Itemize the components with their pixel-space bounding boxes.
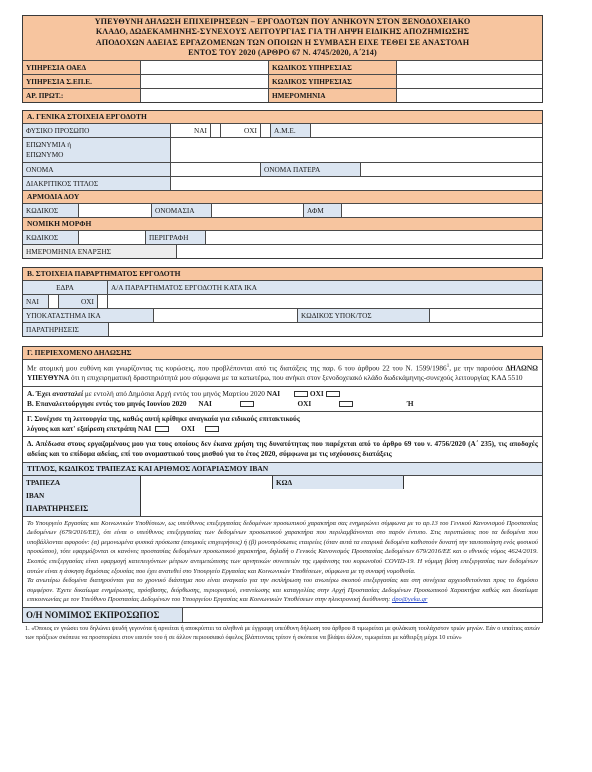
declaration-intro: Με ατομική μου ευθύνη και γνωρίζοντας τι… — [23, 360, 542, 387]
seat-row: ΕΔΡΑ Α/Α ΠΑΡΑΡΤΗΜΑΤΟΣ ΕΡΓΟΔΟΤΗ ΚΑΤΑ ΙΚΑ — [23, 281, 542, 295]
bank-title: ΤΙΤΛΟΣ, ΚΩΔΙΚΟΣ ΤΡΑΠΕΖΑΣ ΚΑΙ ΑΡΙΘΜΟΣ ΛΟΓ… — [23, 463, 542, 476]
question-a-text: με εντολή από Δημόσια Αρχή εντός του μην… — [83, 389, 267, 398]
start-date-label: ΗΜΕΡΟΜΗΝΙΑ ΕΝΑΡΞΗΣ — [23, 245, 177, 258]
question-b-no-label: ΟΧΙ — [297, 399, 311, 408]
office-code-label: ΚΩΔΙΚΟΣ ΥΠΗΡΕΣΙΑΣ — [269, 75, 397, 88]
question-c-line2: λόγους και κατ' εξαίρεση επετράπη ΝΑΙ ΟΧ… — [27, 424, 538, 434]
trade-name-field[interactable] — [171, 177, 542, 190]
office-code-field[interactable] — [397, 75, 542, 88]
legal-code-field[interactable] — [79, 231, 146, 244]
office-row: ΥΠΗΡΕΣΙΑ ΟΑΕΔ ΚΩΔΙΚΟΣ ΥΠΗΡΕΣΙΑΣ — [23, 61, 542, 75]
seat-yes-no-row: ΝΑΙ ΟΧΙ — [23, 295, 542, 309]
gdpr-paragraph-2: Τα ανωτέρω δεδομένα διατηρούνται για το … — [27, 576, 538, 605]
yes-checkbox[interactable] — [211, 124, 221, 137]
question-a-text: Α. Έχει — [27, 389, 52, 398]
question-c-yes-label: ΝΑΙ — [138, 424, 151, 433]
iban-row: IBAN — [23, 489, 542, 502]
question-c-yes-checkbox[interactable] — [155, 426, 169, 432]
natural-person-row: ΦΥΣΙΚΟ ΠΡΟΣΩΠΟ ΝΑΙ ΟΧΙ Α.Μ.Ε. — [23, 124, 542, 138]
representative-row: Ο/Η ΝΟΜΙΜΟΣ ΕΚΠΡΟΣΩΠΟΣ — [23, 608, 542, 622]
intro-text: , με την παρούσα — [449, 363, 505, 372]
tax-office-row: ΚΩΔΙΚΟΣ ΟΝΟΜΑΣΙΑ ΑΦΜ — [23, 204, 542, 218]
ika-branch-field[interactable] — [154, 309, 298, 322]
section-b-title: Β. ΣΤΟΙΧΕΙΑ ΠΑΡΑΡΤΗΜΑΤΟΣ ΕΡΓΟΔΟΤΗ — [23, 268, 542, 281]
title-line: ΥΠΕΥΘΥΝΗ ΔΗΛΩΣΗ ΕΠΙΧΕΙΡΗΣΕΩΝ – ΕΡΓΟΔΟΤΩΝ… — [27, 17, 538, 27]
ika-branch-label: ΥΠΟΚΑΤΑΣΤΗΜΑ ΙΚΑ — [23, 309, 154, 322]
gdpr-paragraph: Τα ανωτέρω δεδομένα διατηρούνται για το … — [27, 577, 538, 603]
question-b-text: Β. Επαναλειτούργησε εντός του μηνός Ιουν… — [27, 399, 187, 408]
date-field[interactable] — [397, 89, 542, 102]
name-label-line: ΕΠΩΝΥΜΙΑ ή — [26, 140, 167, 150]
tax-code-label: ΚΩΔΙΚΟΣ — [23, 204, 79, 217]
section-c-remarks-label: ΠΑΡΑΤΗΡΗΣΕΙΣ — [23, 502, 141, 516]
legal-form-row: ΚΩΔΙΚΟΣ ΠΕΡΙΓΡΑΦΗ — [23, 231, 542, 245]
oaed-office-field[interactable] — [141, 61, 269, 74]
tax-office-name-field[interactable] — [212, 204, 304, 217]
question-c: Γ. Συνέχισε τη λειτουργία της, καθώς αυτ… — [23, 412, 542, 437]
section-c-title: Γ. ΠΕΡΙΕΧΟΜΕΝΟ ΔΗΛΩΣΗΣ — [23, 347, 542, 360]
question-d: Δ. Απέδωσα στους εργαζομένους μου για το… — [23, 437, 542, 463]
office-info-table: ΥΠΗΡΕΣΙΑ ΟΑΕΔ ΚΩΔΙΚΟΣ ΥΠΗΡΕΣΙΑΣ ΥΠΗΡΕΣΙΑ… — [22, 61, 543, 103]
intro-text: Με ατομική μου ευθύνη και γνωρίζοντας τι… — [27, 363, 447, 372]
yes-label: ΝΑΙ — [171, 124, 211, 137]
section-b-remarks-row: ΠΑΡΑΤΗΡΗΣΕΙΣ — [23, 323, 542, 336]
office-code-field[interactable] — [397, 61, 542, 74]
seat-no-checkbox[interactable] — [98, 295, 108, 308]
bank-code-label: ΚΩΔ — [273, 476, 404, 489]
form-header: ΥΠΕΥΘΥΝΗ ΔΗΛΩΣΗ ΕΠΙΧΕΙΡΗΣΕΩΝ – ΕΡΓΟΔΟΤΩΝ… — [22, 15, 543, 61]
seat-label: ΕΔΡΑ — [23, 281, 108, 294]
or-label: Ή — [407, 399, 414, 408]
iban-field[interactable] — [141, 489, 542, 502]
ika-branch-row: ΥΠΟΚΑΤΑΣΤΗΜΑ ΙΚΑ ΚΩΔΙΚΟΣ ΥΠΟΚ/ΤΟΣ — [23, 309, 542, 323]
question-b-yes-label: ΝΑΙ — [198, 399, 211, 408]
legal-description-label: ΠΕΡΙΓΡΑΦΗ — [146, 231, 206, 244]
afm-label: ΑΦΜ — [304, 204, 342, 217]
section-a-title: Α. ΓΕΝΙΚΑ ΣΤΟΙΧΕΙΑ ΕΡΓΟΔΟΤΗ — [23, 111, 542, 124]
office-code-label: ΚΩΔΙΚΟΣ ΥΠΗΡΕΣΙΑΣ — [269, 61, 397, 74]
bank-row: ΤΡΑΠΕΖΑ ΚΩΔ — [23, 476, 542, 489]
father-name-label: ΟΝΟΜΑ ΠΑΤΕΡΑ — [261, 163, 361, 176]
form-page: ΥΠΕΥΘΥΝΗ ΔΗΛΩΣΗ ΕΠΙΧΕΙΡΗΣΕΩΝ – ΕΡΓΟΔΟΤΩΝ… — [22, 15, 543, 645]
bank-label: ΤΡΑΠΕΖΑ — [23, 476, 141, 489]
seat-no-label: ΟΧΙ — [59, 295, 98, 308]
tax-office-title: ΑΡΜΟΔΙΑ ΔΟΥ — [23, 191, 542, 204]
date-label: ΗΜΕΡΟΜΗΝΙΑ — [269, 89, 397, 102]
sepe-office-field[interactable] — [141, 75, 269, 88]
office-row: ΑΡ. ΠΡΩΤ.: ΗΜΕΡΟΜΗΝΙΑ — [23, 89, 542, 102]
title-line: ΕΝΤΟΣ ΤΟΥ 2020 (ΑΡΘΡΟ 67 Ν. 4745/2020, Α… — [27, 48, 538, 58]
seat-yes-checkbox[interactable] — [49, 295, 59, 308]
first-name-field[interactable] — [171, 163, 261, 176]
questions-a-b: Α. Έχει ανασταλεί με εντολή από Δημόσια … — [23, 387, 542, 412]
sepe-office-label: ΥΠΗΡΕΣΙΑ Σ.ΕΠ.Ε. — [23, 75, 141, 88]
protocol-no-label: ΑΡ. ΠΡΩΤ.: — [23, 89, 141, 102]
representative-label: Ο/Η ΝΟΜΙΜΟΣ ΕΚΠΡΟΣΩΠΟΣ — [23, 608, 183, 622]
bank-code-field[interactable] — [404, 476, 542, 489]
no-checkbox[interactable] — [261, 124, 271, 137]
branch-no-label: Α/Α ΠΑΡΑΡΤΗΜΑΤΟΣ ΕΡΓΟΔΟΤΗ ΚΑΤΑ ΙΚΑ — [108, 281, 542, 294]
gdpr-paragraph: Το Υπουργείο Εργασίας και Κοινωνικών Υπο… — [27, 519, 538, 577]
no-label: ΟΧΙ — [221, 124, 261, 137]
form-title: ΥΠΕΥΘΥΝΗ ΔΗΛΩΣΗ ΕΠΙΧΕΙΡΗΣΕΩΝ – ΕΡΓΟΔΟΤΩΝ… — [23, 16, 542, 61]
first-name-label: ΟΝΟΜΑ — [23, 163, 171, 176]
legal-description-field[interactable] — [206, 231, 542, 244]
gdpr-notice: Το Υπουργείο Εργασίας και Κοινωνικών Υπο… — [23, 516, 542, 608]
bank-field[interactable] — [141, 476, 273, 489]
section-a: Α. ΓΕΝΙΚΑ ΣΤΟΙΧΕΙΑ ΕΡΓΟΔΟΤΗ ΦΥΣΙΚΟ ΠΡΟΣΩ… — [22, 110, 543, 259]
name-label: ΕΠΩΝΥΜΙΑ ή ΕΠΩΝΥΜΟ — [23, 138, 171, 162]
footnote: 1. «Όποιος εν γνώσει του δηλώνει ψευδή γ… — [22, 623, 543, 645]
title-line: ΑΠΟΔΟΧΩΝ ΑΔΕΙΑΣ ΕΡΓΑΖΟΜΕΝΩΝ ΤΩΝ ΟΠΟΙΩΝ Η… — [27, 38, 538, 48]
ame-field[interactable] — [311, 124, 542, 137]
section-b-remarks-field[interactable] — [109, 323, 542, 336]
ika-code-label: ΚΩΔΙΚΟΣ ΥΠΟΚ/ΤΟΣ — [298, 309, 430, 322]
title-line: ΚΛΑΔΟ, ΔΩΔΕΚΑΜΗΝΗΣ-ΣΥΝΕΧΟΥΣ ΛΕΙΤΟΥΡΓΙΑΣ … — [27, 27, 538, 37]
start-date-row: ΗΜΕΡΟΜΗΝΙΑ ΕΝΑΡΞΗΣ — [23, 245, 542, 258]
office-row: ΥΠΗΡΕΣΙΑ Σ.ΕΠ.Ε. ΚΩΔΙΚΟΣ ΥΠΗΡΕΣΙΑΣ — [23, 75, 542, 89]
question-c-no-label: ΟΧΙ — [181, 424, 195, 433]
question-c-text: Γ. Συνέχισε τη λειτουργία της, καθώς αυτ… — [27, 414, 538, 424]
section-b-remarks-label: ΠΑΡΑΤΗΡΗΣΕΙΣ — [23, 323, 109, 336]
afm-field[interactable] — [342, 204, 542, 217]
ame-label: Α.Μ.Ε. — [271, 124, 311, 137]
branch-no-field[interactable] — [108, 295, 542, 308]
name-label-line: ΕΠΩΝΥΜΟ — [26, 150, 167, 160]
representative-field[interactable] — [183, 608, 542, 622]
first-name-row: ΟΝΟΜΑ ΟΝΟΜΑ ΠΑΤΕΡΑ — [23, 163, 542, 177]
question-b-no-checkbox[interactable] — [339, 401, 353, 407]
seat-yes-label: ΝΑΙ — [23, 295, 49, 308]
question-a: Α. Έχει ανασταλεί με εντολή από Δημόσια … — [27, 389, 538, 399]
oaed-office-label: ΥΠΗΡΕΣΙΑ ΟΑΕΔ — [23, 61, 141, 74]
ika-code-field[interactable] — [430, 309, 542, 322]
legal-form-title: ΝΟΜΙΚΗ ΜΟΡΦΗ — [23, 218, 542, 231]
section-b: Β. ΣΤΟΙΧΕΙΑ ΠΑΡΑΡΤΗΜΑΤΟΣ ΕΡΓΟΔΟΤΗ ΕΔΡΑ Α… — [22, 267, 543, 337]
iban-label: IBAN — [23, 489, 141, 502]
section-c-remarks-field[interactable] — [141, 502, 542, 516]
name-row: ΕΠΩΝΥΜΙΑ ή ΕΠΩΝΥΜΟ — [23, 138, 542, 163]
legal-code-label: ΚΩΔΙΚΟΣ — [23, 231, 79, 244]
question-b: Β. Επαναλειτούργησε εντός του μηνός Ιουν… — [27, 399, 538, 409]
start-date-field[interactable] — [177, 245, 542, 258]
father-name-field[interactable] — [361, 163, 542, 176]
natural-person-label: ΦΥΣΙΚΟ ΠΡΟΣΩΠΟ — [23, 124, 171, 137]
trade-name-label: ΔΙΑΚΡΙΤΙΚΟΣ ΤΙΤΛΟΣ — [23, 177, 171, 190]
tax-code-field[interactable] — [79, 204, 152, 217]
question-c-text: λόγους και κατ' εξαίρεση επετράπη — [27, 424, 138, 433]
intro-text: ότι η επιχειρηματική δραστηριότητά μου σ… — [69, 373, 522, 382]
question-b-yes-checkbox[interactable] — [240, 401, 254, 407]
question-a-no-label: ΟΧΙ — [310, 389, 324, 398]
trade-name-row: ΔΙΑΚΡΙΤΙΚΟΣ ΤΙΤΛΟΣ — [23, 177, 542, 191]
question-a-emph: ανασταλεί — [52, 389, 83, 398]
section-c-remarks-row: ΠΑΡΑΤΗΡΗΣΕΙΣ — [23, 502, 542, 516]
name-field[interactable] — [171, 138, 542, 162]
dpo-email-link[interactable]: dpo@yeka.gr — [392, 596, 428, 603]
question-a-yes-checkbox[interactable] — [294, 391, 308, 397]
question-a-no-checkbox[interactable] — [326, 391, 340, 397]
section-c: Γ. ΠΕΡΙΕΧΟΜΕΝΟ ΔΗΛΩΣΗΣ Με ατομική μου ευ… — [22, 346, 543, 623]
question-c-no-checkbox[interactable] — [205, 426, 219, 432]
question-a-yes-label: ΝΑΙ — [267, 389, 280, 398]
protocol-no-field[interactable] — [141, 89, 269, 102]
tax-office-name-label: ΟΝΟΜΑΣΙΑ — [152, 204, 212, 217]
